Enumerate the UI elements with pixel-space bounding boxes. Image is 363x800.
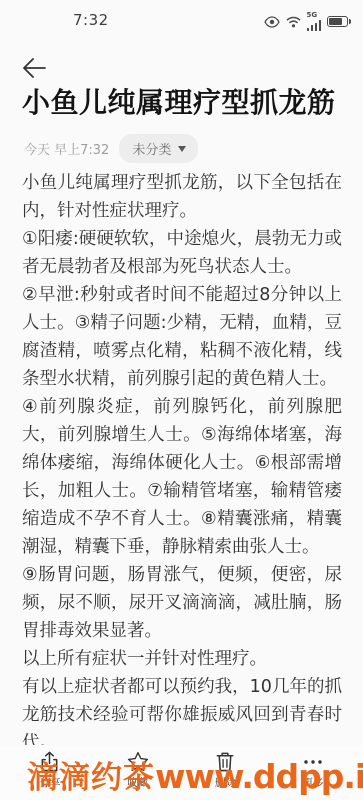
star-icon	[127, 751, 149, 772]
more-icon	[302, 751, 324, 772]
category-selector[interactable]: 未分类	[119, 134, 198, 163]
network-type-label: 5G	[307, 11, 318, 19]
note-paragraph: ⑨肠胃问题，肠胃涨气，便频，便密，尿频，尿不顺，尿开叉滴滴滴，减肚腩，肠胃排毒效…	[22, 561, 342, 645]
share-button[interactable]: 分享	[15, 751, 85, 790]
notes-app-screen: 7:32 5G	[0, 0, 363, 800]
clock: 7:32	[73, 11, 109, 29]
share-icon	[39, 751, 60, 772]
note-paragraph: ①阳痿:硬硬软软，中途熄火，晨勃无力或者无晨勃者及根部为死鸟状态人士。	[22, 225, 342, 281]
note-paragraph: 小鱼儿纯属理疗型抓龙筋，以下全包括在内，针对性症状理疗。	[22, 169, 342, 225]
dropdown-triangle-icon	[178, 146, 186, 152]
back-button[interactable]	[18, 54, 50, 86]
wifi-icon	[286, 16, 301, 28]
trash-icon	[215, 751, 235, 772]
status-bar: 7:32 5G	[0, 0, 363, 40]
more-button[interactable]: 更多	[278, 751, 348, 790]
note-body[interactable]: 小鱼儿纯属理疗型抓龙筋，以下全包括在内，针对性症状理疗。 ①阳痿:硬硬软软，中途…	[22, 169, 342, 757]
back-arrow-icon	[22, 57, 46, 83]
delete-label: 删除	[215, 775, 236, 790]
note-timestamp: 今天 早上7:32	[24, 139, 109, 158]
delete-button[interactable]: 删除	[190, 751, 260, 790]
note-title: 小鱼儿纯属理疗型抓龙筋	[22, 84, 355, 122]
note-paragraph: ④前列腺炎症，前列腺钙化，前列腺肥大，前列腺增生人士。⑤海绵体堵塞，海绵体痿缩，…	[22, 393, 342, 561]
bottom-toolbar: 分享 收藏 删除	[0, 745, 363, 800]
battery-icon	[327, 16, 351, 27]
signal-bars-icon: 5G	[307, 13, 322, 31]
status-icons: 5G	[264, 13, 352, 31]
note-paragraph: ②早泄:秒射或者时间不能超过8分钟以上人士。③精子问题:少精，无精，血精，豆腐渣…	[22, 281, 342, 393]
note-meta: 今天 早上7:32 未分类	[24, 134, 198, 163]
share-label: 分享	[39, 775, 60, 790]
note-paragraph: 以上所有症状一并针对性理疗。	[22, 645, 342, 673]
favorite-label: 收藏	[127, 775, 148, 790]
eye-icon	[264, 16, 280, 28]
category-label: 未分类	[132, 139, 171, 158]
favorite-button[interactable]: 收藏	[103, 751, 173, 790]
more-label: 更多	[303, 775, 324, 790]
